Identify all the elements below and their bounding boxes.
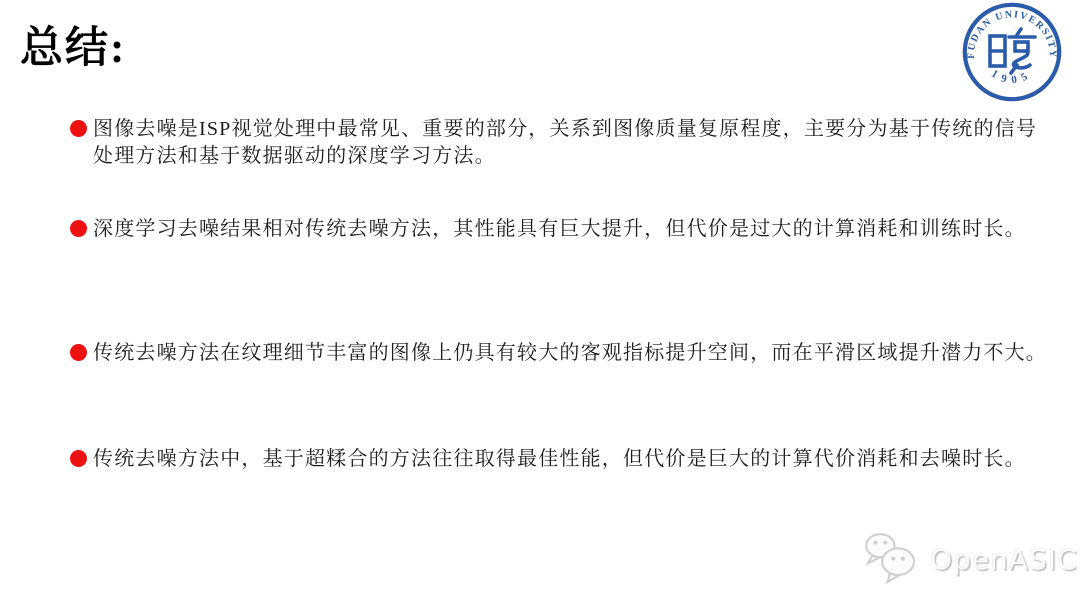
wechat-icon <box>860 528 922 590</box>
bullet-item: 深度学习去噪结果相对传统去噪方法，其性能具有巨大提升，但代价是过大的计算消耗和训… <box>70 216 1055 243</box>
openasic-watermark: OpenASIC <box>860 528 1078 590</box>
slide-canvas: { "slide": { "title": "总结:", "bullets": … <box>0 0 1080 608</box>
bullet-text: 传统去噪方法在纹理细节丰富的图像上仍具有较大的客观指标提升空间，而在平滑区域提升… <box>93 340 1047 367</box>
bullet-item: 传统去噪方法在纹理细节丰富的图像上仍具有较大的客观指标提升空间，而在平滑区域提升… <box>70 340 1055 367</box>
fudan-seal-icon: FUDAN UNIVERSITY 1905 <box>962 2 1062 102</box>
bullet-text: 图像去噪是ISP视觉处理中最常见、重要的部分，关系到图像质量复原程度，主要分为基… <box>93 116 1055 170</box>
bullet-item: 图像去噪是ISP视觉处理中最常见、重要的部分，关系到图像质量复原程度，主要分为基… <box>70 116 1055 170</box>
fudan-university-logo: FUDAN UNIVERSITY 1905 <box>962 2 1062 102</box>
bullet-icon <box>70 450 87 467</box>
bullet-icon <box>70 344 87 361</box>
page-title: 总结: <box>20 14 126 75</box>
bullet-item: 传统去噪方法中，基于超糅合的方法往往取得最佳性能，但代价是巨大的计算代价消耗和去… <box>70 446 1055 473</box>
bullet-icon <box>70 220 87 237</box>
bullet-text: 深度学习去噪结果相对传统去噪方法，其性能具有巨大提升，但代价是过大的计算消耗和训… <box>93 216 1026 243</box>
watermark-label: OpenASIC <box>930 543 1078 576</box>
bullet-icon <box>70 120 87 137</box>
bullet-text: 传统去噪方法中，基于超糅合的方法往往取得最佳性能，但代价是巨大的计算代价消耗和去… <box>93 446 1026 473</box>
